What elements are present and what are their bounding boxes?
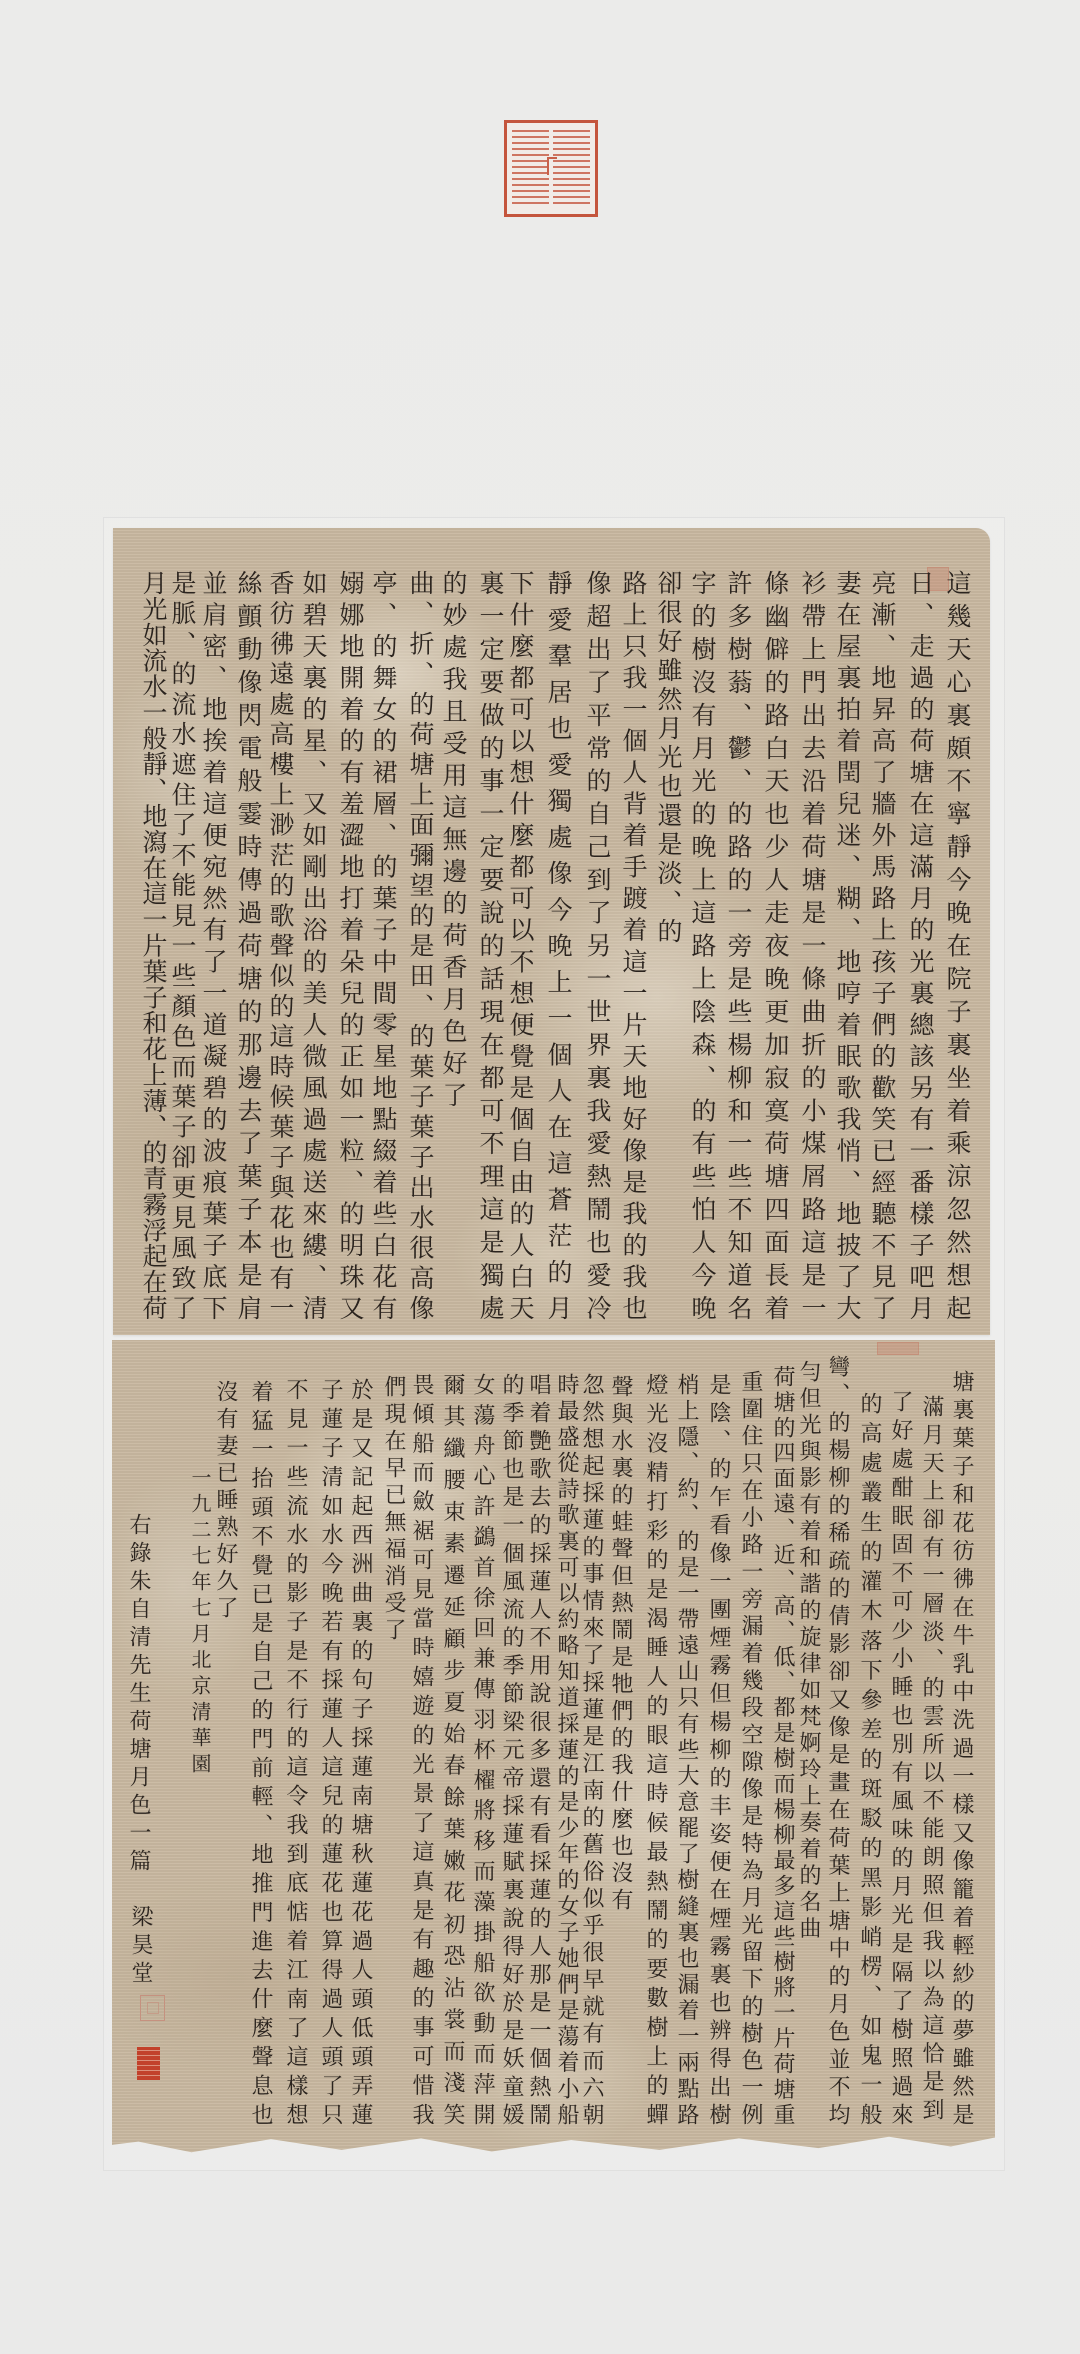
text-column: 時最盛從詩歌裏可以約略知道採蓮的是少年的女子她們是蕩着小船 [552, 1373, 580, 2125]
text-column: 裏一定要做的事一定要說的話現在都可不理這是獨處 [475, 570, 505, 1320]
text-column: 曲、折、的荷塘上面彌望的是田、的葉子葉子出水很高像 [405, 570, 435, 1320]
text-column: 下什麼都可以想什麼都可以不想便覺是個自由的人白天 [505, 570, 535, 1320]
signature-red-seal [137, 2047, 160, 2080]
text-column: 這幾天心裏頗不寧靜今晚在院子裏坐着乘涼忽然想起 [942, 570, 972, 1320]
upper-manuscript-panel: 這幾天心裏頗不寧靜今晚在院子裏坐着乘涼忽然想起 日、走過的荷塘在這滿月的光裏總該… [113, 528, 990, 1335]
text-column: 女蕩舟心許鷁首徐回兼傳羽杯櫂將移而藻掛船欲動而萍開 [468, 1373, 496, 2125]
text-column: 絲顫動像閃電般霎時傳過荷塘的那邊去了葉子本是肩 [233, 570, 263, 1320]
text-column: 梢上隱、約、的是一帶遠山只有些大意罷了樹縫裏也漏着一兩點路 [672, 1373, 700, 2125]
text-column: 日、走過的荷塘在這滿月的光裏總該另有一番樣子吧月 [905, 570, 935, 1320]
top-seal-stamp [504, 120, 598, 217]
text-column: 唱着艷歌去的採蓮人不用說很多還有看採蓮的人那是一個熱鬧 [524, 1373, 552, 2125]
text-column: 燈光沒精打彩的是渴睡人的眼這時候最熱鬧的要數樹上的蟬 [641, 1373, 669, 2125]
text-column: 並肩密、地挨着這便宛然有了一道凝碧的波痕葉子底下 [198, 570, 228, 1320]
text-column: 的高處叢生的灌木落下參差的斑駁的黑影峭楞、如鬼一般 [855, 1392, 883, 2125]
signature-outline-seal [140, 1995, 165, 2021]
date-line: 一九二七年七月北京清華園 [186, 1467, 214, 1779]
text-column: 沒有妻已睡熟好久了 [211, 1380, 239, 1623]
text-column: 許多樹蓊、鬱、的路的一旁是些楊柳和一些不知道名 [723, 570, 753, 1320]
text-column: 是陰、的乍看像一團煙霧但楊柳的丰姿便在煙霧裏也辨得出樹 [704, 1373, 732, 2125]
text-column: 路上只我一個人背着手踱着這一片天地好像是我的我也 [618, 570, 648, 1320]
text-column: 彎、的楊柳的稀疏的倩影卻又像是畫在荷葉上塘中的月色並不均 [823, 1355, 851, 2125]
text-column: 香彷彿遠處高樓上渺茫的歌聲似的這時候葉子與花也有一 [265, 570, 295, 1320]
text-column: 忽然想起採蓮的事情來了採蓮是江南的舊俗似乎很早就有而六朝 [577, 1373, 605, 2125]
text-column: 荷塘的四面遠、近、高、低、都是樹而楊柳最多這些樹將一片荷塘重 [768, 1365, 796, 2125]
text-column: 重圍住只在小路一旁漏着幾段空隙像是特為月光留下的樹色一例 [736, 1370, 764, 2125]
lower-manuscript-panel: 塘裏葉子和花彷彿在牛乳中洗過一樣又像籠着輕紗的夢雖然是 滿月天上卻有一層淡、的雲… [112, 1340, 995, 2158]
text-column: 條幽僻的路白天也少人走夜晚更加寂寞荷塘四面長着 [760, 570, 790, 1320]
text-column: 月光如流水一般靜、地瀉在這一片葉子和花上薄、的青霧浮起在荷 [138, 570, 168, 1320]
text-column: 滿月天上卻有一層淡、的雲所以不能朗照但我以為這恰是到 [917, 1395, 945, 2120]
text-column: 如碧天裏的星、又如剛出浴的美人微風過處送來縷、清 [298, 570, 328, 1320]
text-column: 勻但光與影有着和諧的旋律如梵婀玲上奏着的名曲 [794, 1360, 822, 1943]
text-column: 爾其纖腰束素遷延顧步夏始春餘葉嫩花初恐沾裳而淺笑 [438, 1373, 466, 2125]
text-column: 是脈、的流水遮住了不能見一些顏色而葉子卻更見風致了 [167, 570, 197, 1320]
text-column: 嫋娜地開着的有羞澀地打着朵兒的正如一粒、的明珠又 [335, 570, 365, 1320]
text-column: 字的樹沒有月光的晚上這路上陰森、的有些怕人今晚 [687, 570, 717, 1320]
text-column: 於是又記起西洲曲裏的句子採蓮南塘秋蓮花過人頭低頭弄蓮 [346, 1378, 374, 2125]
text-column: 畏傾船而斂裾可見當時嬉遊的光景了這真是有趣的事可惜我 [407, 1373, 435, 2125]
text-column: 着猛一抬頭不覺已是自己的門前輕、地推門進去什麼聲息也 [246, 1380, 274, 2125]
seal-script-lines [553, 129, 590, 208]
text-column: 了好處酣眠固不可少小睡也別有風味的月光是隔了樹照過來 [886, 1390, 914, 2125]
text-column: 子蓮子清如水今晚若有採蓮人這兒的蓮花也算得過人頭了只 [316, 1378, 344, 2125]
text-column: 亭、的舞女的裙層、的葉子中間零星地點綴着些白花有 [368, 570, 398, 1320]
text-column: 亮漸、地昇高了牆外馬路上孩子們的歡笑已經聽不見了 [867, 570, 897, 1320]
text-column: 不見一些流水的影子是不行的這令我到底惦着江南了這樣想 [281, 1378, 309, 2125]
text-column: 的季節也是一個風流的季節梁元帝採蓮賦裏說得好於是妖童媛 [497, 1373, 525, 2125]
text-column: 卻很好雖然月光也還是淡、的 [653, 570, 683, 947]
text-column: 衫帶上門出去沿着荷塘是一條曲折的小煤屑路這是一 [797, 570, 827, 1320]
signature: 梁昊堂 [126, 1905, 154, 1989]
text-column: 像超出了平常的自己到了另一世界裏我愛熱鬧也愛冷 [582, 570, 612, 1320]
text-column: 聲與水裏的蛙聲但熱鬧是牠們的我什麼也沒有 [606, 1375, 634, 1915]
text-column: 們現在早已無福消受了 [379, 1375, 407, 1645]
text-column: 靜愛羣居也愛獨處像今晚上一個人在這蒼茫的月 [543, 570, 573, 1320]
colophon: 右錄朱自清先生荷塘月色一篇 [124, 1513, 152, 1877]
text-column: 塘裏葉子和花彷彿在牛乳中洗過一樣又像籠着輕紗的夢雖然是 [947, 1370, 975, 2125]
seal-script-lines [512, 129, 549, 208]
faint-top-seal [877, 1342, 919, 1355]
text-column: 妻在屋裏拍着閏兒迷、糊、地哼着眠歌我悄、地披了大 [832, 570, 862, 1320]
text-column: 的妙處我且受用這無邊的荷香月色好了 [438, 570, 468, 1114]
seal-script-mark [547, 157, 557, 175]
